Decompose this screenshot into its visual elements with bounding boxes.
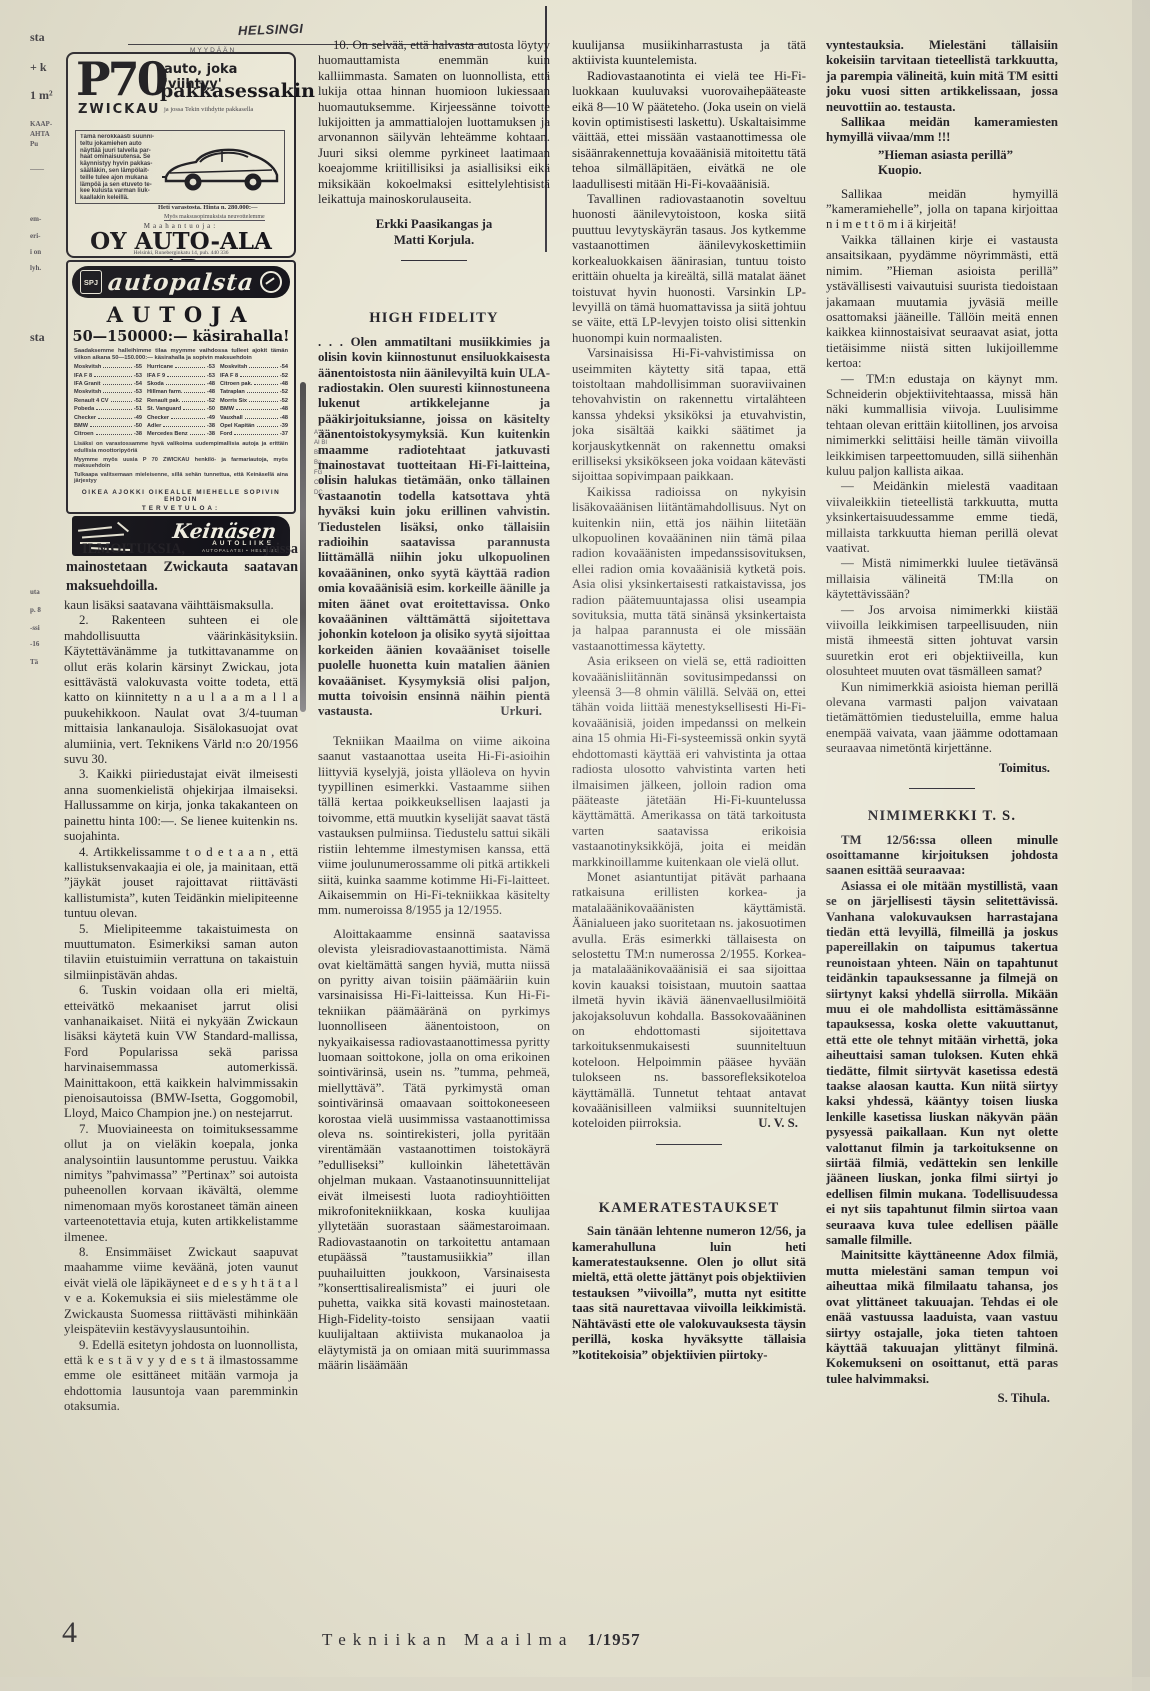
paragraph: Monet asiantuntijat pitävät parhaana rat… <box>572 870 806 1132</box>
ad-headline-sub: ja jossa Tekin viihdytte pakkasella <box>164 106 253 113</box>
ad-note: Lisäksi on varastossamme hyvä valikoima … <box>74 441 288 454</box>
separator-rule <box>401 260 467 261</box>
text-fragment: uta <box>30 588 40 596</box>
separator-rule <box>656 1144 722 1145</box>
issue-number: 1/1957 <box>587 1630 640 1649</box>
paragraph: Sallikaa meidän kameramiesten hymyillä v… <box>826 115 1058 146</box>
separator-rule <box>909 788 975 789</box>
car-price-row: IFA F 8-53 <box>74 372 142 380</box>
car-price-row: Hillman farm.-48 <box>147 388 215 396</box>
paragraph: Kaikissa radioissa on nykyisin lisäkovaä… <box>572 485 806 654</box>
dot-leader <box>234 430 277 435</box>
text-fragment: AHTA <box>30 130 50 138</box>
paragraph: Kun nimimerkkiä asioista hieman perillä … <box>826 680 1058 757</box>
text-fragment: + k <box>30 60 47 75</box>
paragraph: — Mistä nimimerkki luulee tietävänsä mil… <box>826 556 1058 602</box>
car-price-row: Opel Kapitän-39 <box>220 422 288 430</box>
paragraph: — Meidänkin mielestä vaaditaan viivaleik… <box>826 479 1058 556</box>
car-illustration <box>160 133 282 197</box>
car-price-row: Mercedes Benz-38 <box>147 430 215 438</box>
paragraph: kuulijansa musiikinharrastusta ja tätä a… <box>572 38 806 69</box>
car-price-column: Moskvitsh-54IFA F 8-52Citroen pak.-48Tat… <box>220 363 288 439</box>
ad-body-line: haat ominaisuutensa. Se <box>80 154 160 161</box>
dot-leader <box>240 372 278 377</box>
handwritten-note: HELSINGI <box>238 21 304 38</box>
text-column-1: kaun lisäksi saatavana väihttäismaksulla… <box>64 598 298 1614</box>
autoja-heading: AUTOJA <box>68 302 294 327</box>
paragraph: Radiovastaanotinta ei vielä tee Hi-Fi-lu… <box>572 69 806 192</box>
paragraph: 8. Ensimmäiset Zwickaut saapuvat maahamm… <box>64 1245 298 1337</box>
dot-leader <box>96 405 132 410</box>
text-fragment: lyh. <box>30 264 41 272</box>
paragraph: — TM:n edustaja on käynyt mm. Schneideri… <box>826 372 1058 480</box>
dot-leader <box>94 372 132 377</box>
text-fragment: -ssi <box>30 624 40 632</box>
car-price-row: IFA F 9-53 <box>147 372 215 380</box>
spacer <box>826 793 1058 803</box>
ad-body-line: lämpöä ja sen etuveto te- <box>80 182 160 189</box>
page-number: 4 <box>62 1616 77 1650</box>
dot-leader <box>98 414 132 419</box>
dot-leader <box>90 422 132 427</box>
paragraph: 7. Muoviaineesta on toimituksessamme oll… <box>64 1122 298 1245</box>
ad-body-line: käynnistyy hyvin pakkas- <box>80 161 160 168</box>
page-bottom-edge <box>0 1677 1150 1691</box>
car-price-row: Hurricane-53 <box>147 363 215 371</box>
car-price-row: Moskvitsh-55 <box>74 363 142 371</box>
autopalsta-banner: SPJ autopalsta <box>72 266 290 298</box>
paragraph: Tekniikan Maailma on viime aikoina saanu… <box>318 734 550 919</box>
car-price-column: Moskvitsh-55IFA F 8-53IFA Granit-54Moskv… <box>74 363 142 439</box>
paragraph: . . . Olen ammatiltani musiikkimies ja o… <box>318 335 550 720</box>
section-heading: HIGH FIDELITY <box>318 311 550 326</box>
dot-leader <box>167 372 205 377</box>
dot-leader <box>103 363 132 368</box>
text-fragment: sta <box>30 330 45 345</box>
signature: Toimitus. <box>826 761 1058 776</box>
car-price-row: Adler-38 <box>147 422 215 430</box>
dot-leader <box>236 405 278 410</box>
spacer <box>572 1149 806 1195</box>
ad-body-line: teille tulee ajon mukana <box>80 175 160 182</box>
car-price-row: Morris Six-52 <box>220 397 288 405</box>
paragraph: Aloittakaamme ensinnä saatavissa olevist… <box>318 927 550 1374</box>
text-column-3: kuulijansa musiikinharrastusta ja tätä a… <box>572 38 806 1618</box>
text-fragment: eri- <box>30 232 41 240</box>
car-price-row: Ford-37 <box>220 430 288 438</box>
dot-leader <box>247 388 278 393</box>
ad-body-line: teltu jokamiehen auto <box>80 141 160 148</box>
paragraph: 4. Artikkelissamme t o d e t a a n , ett… <box>64 845 298 922</box>
paragraph: Mainitsitte käyttäneenne Adox filmiä, mu… <box>826 1248 1058 1387</box>
spacer <box>318 720 550 734</box>
car-price-row: IFA Granit-54 <box>74 380 142 388</box>
downpayment-subheading: 50—150000:— käsirahalla! <box>68 328 294 345</box>
dot-leader <box>190 430 205 435</box>
ad-body-line: säälläkin, sen lämpölait- <box>80 168 160 175</box>
signature: Erkki Paasikangas jaMatti Korjula. <box>318 217 550 248</box>
car-photo-box: Tämä nerokkaasti suunni-teltu jokamiehen… <box>75 130 285 204</box>
paragraph: 10. On selvää, että halvasta autosta löy… <box>318 38 550 207</box>
car-price-row: Vauxhall-48 <box>220 414 288 422</box>
spacer <box>318 919 550 927</box>
text-fragment: Pu <box>30 140 38 148</box>
car-price-row: Moskvitsh-54 <box>220 363 288 371</box>
signature: S. Tihula. <box>826 1391 1058 1406</box>
car-price-row: Moskvitsh-53 <box>74 388 142 396</box>
ad-terms-line: Myös maksusopimuksista neuvottelemme <box>164 214 265 221</box>
paragraph: 2. Rakenteen suhteen ei ole mahdollisuut… <box>64 613 298 767</box>
ad-body-line: näyttää juuri talvella par- <box>80 148 160 155</box>
section-heading: NIMIMERKKI T. S. <box>826 809 1058 824</box>
car-price-row: Citroen pak.-48 <box>220 380 288 388</box>
text-fragment: KAAP- <box>30 120 52 128</box>
paragraph: Vaikka tällainen kirje ei vastausta ansa… <box>826 233 1058 372</box>
dot-leader <box>257 422 278 427</box>
footer-title: Tekniikan Maailma1/1957 <box>322 1630 641 1650</box>
spj-badge-icon: SPJ <box>80 270 102 294</box>
listing-intro-text: Saadaksemme halleihimme tilaa myymme vai… <box>74 348 288 361</box>
text-fragment: i on <box>30 248 41 256</box>
section-heading: KAMERATESTAUKSET <box>572 1201 806 1216</box>
text-column-2: 10. On selvää, että halvasta autosta löy… <box>318 38 550 1618</box>
autopalsta-advertisement: SPJ autopalsta AUTOJA 50—150000:— käsira… <box>66 260 296 514</box>
car-price-row: Skoda-48 <box>147 380 215 388</box>
car-price-column: Hurricane-53IFA F 9-53Skoda-48Hillman fa… <box>147 363 215 439</box>
ad-header: P70 ZWICKAU auto, joka 'viihtyy' pakkase… <box>68 54 294 126</box>
dot-leader <box>96 430 132 435</box>
car-price-row: Checker-49 <box>147 414 215 422</box>
zwickau-brand-label: ZWICKAU <box>78 102 160 117</box>
text-fragment: -16 <box>30 640 39 648</box>
dot-leader <box>163 422 205 427</box>
signature: ”Hieman asiasta perillä”Kuopio. <box>826 148 1058 179</box>
text-fragment: p. 8 <box>30 606 41 614</box>
car-price-row: BMW-48 <box>220 405 288 413</box>
text-fragment: 1 m² <box>30 88 53 103</box>
dot-leader <box>171 414 205 419</box>
paragraph: 3. Kaikki piiriedustajat eivät ilmeisest… <box>64 767 298 844</box>
text-fragment: Tä <box>30 658 38 666</box>
ad-body-text: Tämä nerokkaasti suunni-teltu jokamiehen… <box>80 134 160 202</box>
spacer <box>318 265 550 305</box>
car-price-row: Tatraplan-52 <box>220 388 288 396</box>
car-price-row: Renault pak.-52 <box>147 397 215 405</box>
magazine-name: Tekniikan Maailma <box>322 1630 573 1649</box>
dot-leader <box>182 397 205 402</box>
ad-body-line: kaallakin keleillä. <box>80 195 160 202</box>
ad-note: Tulkaapa valitsemaan mieleisenne, sillä … <box>74 472 288 485</box>
paragraph: Sallikaa meidän hymyillä ”kameramiehelle… <box>826 187 1058 233</box>
dot-leader <box>249 397 278 402</box>
car-price-row: Pobeda-51 <box>74 405 142 413</box>
paragraph: Asiassa ei ole mitään mystillistä, vaan … <box>826 879 1058 1249</box>
ad-price-line: Heti varastosta. Hinta n. 280.000:— <box>158 204 257 211</box>
magazine-page: { "page": { "handwritten": "HELSINGI", "… <box>0 0 1150 1691</box>
dot-leader <box>175 363 205 368</box>
car-price-table: Moskvitsh-55IFA F 8-53IFA Granit-54Moskv… <box>74 363 288 439</box>
ad-headline-big: pakkasessakin <box>160 80 315 102</box>
paragraph: 5. Mielipiteemme takaistuimesta on muutt… <box>64 922 298 984</box>
welcome-line: OIKEA AJOKKI OIKEALLE MIEHELLE SOPIVIN E… <box>68 489 294 503</box>
text-fragment: sta <box>30 30 45 45</box>
paragraph: Sain tänään lehtenne numeron 12/56, ja k… <box>572 1224 806 1363</box>
dot-leader <box>166 380 205 385</box>
paragraph: 9. Edellä esitetyn johdosta on luonnolli… <box>64 1338 298 1415</box>
dot-leader <box>184 388 204 393</box>
importer-address: Helsinki, Runeberginkatu 14, puh. 440 33… <box>68 250 294 256</box>
paragraph: Asia erikseen on vielä se, että radioitt… <box>572 654 806 870</box>
text-column-4: vyntestauksia. Mielestäni tällaisiin kok… <box>826 38 1058 1608</box>
text-fragment: em- <box>30 215 41 223</box>
dot-leader <box>254 380 278 385</box>
scan-blob-artifact <box>300 382 306 712</box>
car-price-row: IFA F 8-52 <box>220 372 288 380</box>
paragraph: Tavallinen radiovastaanotin soveltuu huo… <box>572 192 806 346</box>
dot-leader <box>103 388 132 393</box>
ilmoituksia-note: ILMOITUKSIA, joissa mainostetaan Zwickau… <box>66 540 298 595</box>
page-right-edge <box>1132 0 1150 1691</box>
crescent-emblem-icon <box>260 271 282 293</box>
p70-zwickau-advertisement: P70 ZWICKAU auto, joka 'viihtyy' pakkase… <box>66 52 296 258</box>
car-price-row: St. Vanguard-50 <box>147 405 215 413</box>
paragraph: TM 12/56:ssa olleen minulle osoittamanne… <box>826 833 1058 879</box>
car-price-row: Checker-49 <box>74 414 142 422</box>
car-price-row: Renault 4 CV-52 <box>74 397 142 405</box>
ad-note: Myymme myös uusia P 70 ZWICKAU henkilö- … <box>74 457 288 470</box>
car-price-row: Citroen-38 <box>74 430 142 438</box>
dot-leader <box>245 414 278 419</box>
paragraph: Varsinaisissa Hi-Fi-vahvistimissa on use… <box>572 346 806 485</box>
paragraph: vyntestauksia. Mielestäni tällaisiin kok… <box>826 38 1058 115</box>
previous-page-edge-fragments: sta+ k1 m²KAAP-AHTAPu——em-eri-i onlyh.st… <box>30 0 64 900</box>
dot-leader <box>183 405 205 410</box>
spacer <box>318 207 550 215</box>
paragraph: 6. Tuskin voidaan olla eri mieltä, ettei… <box>64 983 298 1122</box>
p70-logo: P70 <box>76 56 166 102</box>
autopalsta-title: autopalsta <box>101 269 262 296</box>
dot-leader <box>103 380 132 385</box>
text-fragment: —— <box>30 165 44 173</box>
dot-leader <box>111 397 132 402</box>
dot-leader <box>249 363 278 368</box>
paragraph: kaun lisäksi saatavana väihttäismaksulla… <box>64 598 298 613</box>
paragraph: — Jos arvoisa nimimerkki kiistää viivoil… <box>826 603 1058 680</box>
welcome-line: TERVETULOA: <box>68 505 294 512</box>
car-price-row: BMW-50 <box>74 422 142 430</box>
ad-body-line: Tämä nerokkaasti suunni- <box>80 134 160 141</box>
ad-body-line: kee kulusta varman liuk- <box>80 188 160 195</box>
